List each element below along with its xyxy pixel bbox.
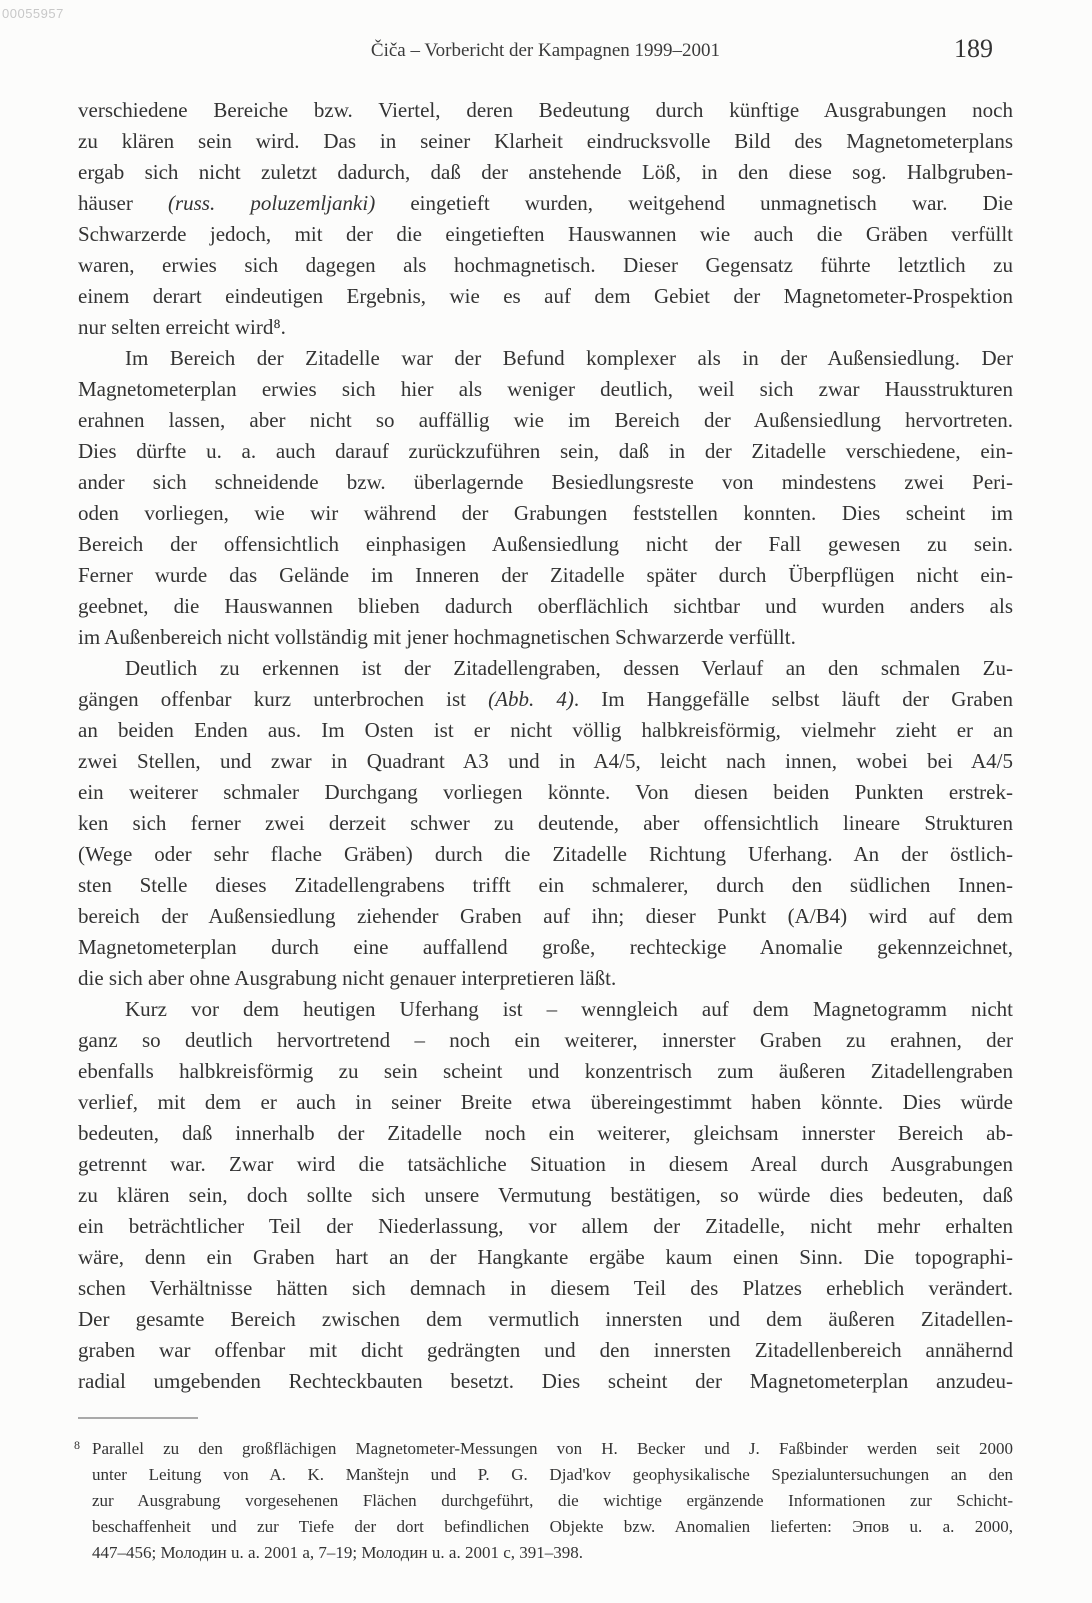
- plain-text: Deutlich zu erkennen ist der Zitadelleng…: [125, 656, 1013, 680]
- plain-text: ebenfalls halbkreisförmig zu sein schein…: [78, 1059, 1013, 1083]
- footnote-marker: 8: [74, 1432, 80, 1458]
- running-title: Čiča – Vorbericht der Kampagnen 1999–200…: [78, 40, 1013, 62]
- text-line: Bereich der offensichtlich einphasigen A…: [78, 529, 1013, 560]
- text-line: wäre, denn ein Graben hart an der Hangka…: [78, 1242, 1013, 1273]
- page-header: Čiča – Vorbericht der Kampagnen 1999–200…: [78, 40, 1013, 74]
- text-line: oden vorliegen, wie wir während der Grab…: [78, 498, 1013, 529]
- plain-text: zu klären sein wird. Das in seiner Klarh…: [78, 129, 1013, 153]
- plain-text: Im Bereich der Zitadelle war der Befund …: [125, 346, 1013, 370]
- text-line: ebenfalls halbkreisförmig zu sein schein…: [78, 1056, 1013, 1087]
- plain-text: ergab sich nicht zuletzt dadurch, daß de…: [78, 160, 1013, 184]
- text-line: ein weiterer schmaler Durchgang vorliege…: [78, 777, 1013, 808]
- text-line: 447–456; Молодин u. a. 2001 a, 7–19; Мол…: [92, 1540, 1013, 1566]
- text-line: im Außenbereich nicht vollständig mit je…: [78, 622, 1013, 653]
- plain-text: radial umgebenden Rechteckbauten besetzt…: [78, 1369, 1013, 1393]
- plain-text: im Außenbereich nicht vollständig mit je…: [78, 625, 796, 649]
- text-line: einem derart eindeutigen Ergebnis, wie e…: [78, 281, 1013, 312]
- plain-text: Magnetometerplan durch eine auffallend g…: [78, 935, 1013, 959]
- plain-text: zwei Stellen, und zwar in Quadrant A3 un…: [78, 749, 1013, 773]
- text-line: bereich der Außensiedlung ziehender Grab…: [78, 901, 1013, 932]
- plain-text: ganz so deutlich hervortretend – noch ei…: [78, 1028, 1013, 1052]
- text-line: geebnet, die Hauswannen blieben dadurch …: [78, 591, 1013, 622]
- plain-text: 447–456; Молодин u. a. 2001 a, 7–19; Мол…: [92, 1543, 583, 1562]
- plain-text: Der gesamte Bereich zwischen dem vermutl…: [78, 1307, 1013, 1331]
- body-text: verschiedene Bereiche bzw. Viertel, dere…: [78, 95, 1013, 1397]
- text-line: zu klären sein, doch sollte sich unsere …: [78, 1180, 1013, 1211]
- italic-text: (Abb. 4): [488, 687, 574, 711]
- paragraph: Im Bereich der Zitadelle war der Befund …: [78, 343, 1013, 653]
- text-line: Schwarzerde jedoch, mit der die eingetie…: [78, 219, 1013, 250]
- plain-text: nur selten erreicht wird⁸.: [78, 315, 286, 339]
- footnote-separator: [78, 1417, 198, 1419]
- text-line: ken sich ferner zwei derzeit schwer zu d…: [78, 808, 1013, 839]
- plain-text: verlief, mit dem er auch in seiner Breit…: [78, 1090, 1013, 1114]
- text-line: schen Verhältnisse hätten sich demnach i…: [78, 1273, 1013, 1304]
- text-line: Magnetometerplan durch eine auffallend g…: [78, 932, 1013, 963]
- text-line: ergab sich nicht zuletzt dadurch, daß de…: [78, 157, 1013, 188]
- text-line: zu klären sein wird. Das in seiner Klarh…: [78, 126, 1013, 157]
- plain-text: graben war offenbar mit dicht gedrängten…: [78, 1338, 1013, 1362]
- text-line: bedeuten, daß innerhalb der Zitadelle no…: [78, 1118, 1013, 1149]
- plain-text: getrennt war. Zwar wird die tatsächliche…: [78, 1152, 1013, 1176]
- plain-text: ein weiterer schmaler Durchgang vorliege…: [78, 780, 1013, 804]
- text-line: zwei Stellen, und zwar in Quadrant A3 un…: [78, 746, 1013, 777]
- text-line: ein beträchtlicher Teil der Niederlassun…: [78, 1211, 1013, 1242]
- text-line: waren, erwies sich dagegen als hochmagne…: [78, 250, 1013, 281]
- italic-text: (russ. poluzemljanki): [168, 191, 375, 215]
- text-line: Magnetometerplan erwies sich hier als we…: [78, 374, 1013, 405]
- text-line: Ferner wurde das Gelände im Inneren der …: [78, 560, 1013, 591]
- paragraph: Kurz vor dem heutigen Uferhang ist – wen…: [78, 994, 1013, 1397]
- text-line: ander sich schneidende bzw. überlagernde…: [78, 467, 1013, 498]
- plain-text: beschaffenheit und zur Tiefe der dort be…: [92, 1517, 1013, 1536]
- plain-text: (Wege oder sehr flache Gräben) durch die…: [78, 842, 1013, 866]
- plain-text: erahnen lassen, aber nicht so auffällig …: [78, 408, 1013, 432]
- plain-text: zur Ausgrabung vorgesehenen Flächen durc…: [92, 1491, 1013, 1510]
- plain-text: . Im Hanggefälle selbst läuft der Graben: [574, 687, 1013, 711]
- plain-text: waren, erwies sich dagegen als hochmagne…: [78, 253, 1013, 277]
- plain-text: zu klären sein, doch sollte sich unsere …: [78, 1183, 1013, 1207]
- text-line: ganz so deutlich hervortretend – noch ei…: [78, 1025, 1013, 1056]
- paragraph: Deutlich zu erkennen ist der Zitadelleng…: [78, 653, 1013, 994]
- text-line: sten Stelle dieses Zitadellengrabens tri…: [78, 870, 1013, 901]
- plain-text: Magnetometerplan erwies sich hier als we…: [78, 377, 1013, 401]
- plain-text: ein beträchtlicher Teil der Niederlassun…: [78, 1214, 1013, 1238]
- text-line: Im Bereich der Zitadelle war der Befund …: [78, 343, 1013, 374]
- plain-text: die sich aber ohne Ausgrabung nicht gena…: [78, 966, 616, 990]
- text-line: beschaffenheit und zur Tiefe der dort be…: [92, 1514, 1013, 1540]
- text-line: Kurz vor dem heutigen Uferhang ist – wen…: [78, 994, 1013, 1025]
- text-line: gängen offenbar kurz unterbrochen ist (A…: [78, 684, 1013, 715]
- text-line: graben war offenbar mit dicht gedrängten…: [78, 1335, 1013, 1366]
- text-line: getrennt war. Zwar wird die tatsächliche…: [78, 1149, 1013, 1180]
- plain-text: unter Leitung von A. K. Manštejn und P. …: [92, 1465, 1013, 1484]
- plain-text: wäre, denn ein Graben hart an der Hangka…: [78, 1245, 1013, 1269]
- scan-stamp-number: 00055957: [2, 6, 64, 21]
- text-line: nur selten erreicht wird⁸.: [78, 312, 1013, 343]
- text-line: zur Ausgrabung vorgesehenen Flächen durc…: [92, 1488, 1013, 1514]
- plain-text: an beiden Enden aus. Im Osten ist er nic…: [78, 718, 1013, 742]
- plain-text: geebnet, die Hauswannen blieben dadurch …: [78, 594, 1013, 618]
- text-line: an beiden Enden aus. Im Osten ist er nic…: [78, 715, 1013, 746]
- footnote: 8 Parallel zu den großflächigen Magnetom…: [92, 1436, 1013, 1566]
- footnote-lines: Parallel zu den großflächigen Magnetomet…: [92, 1436, 1013, 1566]
- plain-text: einem derart eindeutigen Ergebnis, wie e…: [78, 284, 1013, 308]
- plain-text: bedeuten, daß innerhalb der Zitadelle no…: [78, 1121, 1013, 1145]
- text-line: radial umgebenden Rechteckbauten besetzt…: [78, 1366, 1013, 1397]
- plain-text: gängen offenbar kurz unterbrochen ist: [78, 687, 488, 711]
- text-line: verlief, mit dem er auch in seiner Breit…: [78, 1087, 1013, 1118]
- plain-text: verschiedene Bereiche bzw. Viertel, dere…: [78, 98, 1013, 122]
- plain-text: Kurz vor dem heutigen Uferhang ist – wen…: [125, 997, 1013, 1021]
- text-line: (Wege oder sehr flache Gräben) durch die…: [78, 839, 1013, 870]
- page-number: 189: [954, 34, 993, 64]
- plain-text: sten Stelle dieses Zitadellengrabens tri…: [78, 873, 1013, 897]
- plain-text: ken sich ferner zwei derzeit schwer zu d…: [78, 811, 1013, 835]
- text-line: unter Leitung von A. K. Manštejn und P. …: [92, 1462, 1013, 1488]
- text-line: erahnen lassen, aber nicht so auffällig …: [78, 405, 1013, 436]
- plain-text: eingetieft wurden, weitgehend unmagnetis…: [375, 191, 1013, 215]
- plain-text: Parallel zu den großflächigen Magnetomet…: [92, 1439, 1013, 1458]
- plain-text: bereich der Außensiedlung ziehender Grab…: [78, 904, 1013, 928]
- plain-text: oden vorliegen, wie wir während der Grab…: [78, 501, 1013, 525]
- text-line: Dies dürfte u. a. auch darauf zurückzufü…: [78, 436, 1013, 467]
- plain-text: häuser: [78, 191, 168, 215]
- text-line: verschiedene Bereiche bzw. Viertel, dere…: [78, 95, 1013, 126]
- text-line: Parallel zu den großflächigen Magnetomet…: [92, 1436, 1013, 1462]
- plain-text: Schwarzerde jedoch, mit der die eingetie…: [78, 222, 1013, 246]
- text-line: die sich aber ohne Ausgrabung nicht gena…: [78, 963, 1013, 994]
- scanned-page: 00055957 Čiča – Vorbericht der Kampagnen…: [0, 0, 1092, 1603]
- plain-text: Bereich der offensichtlich einphasigen A…: [78, 532, 1013, 556]
- text-line: Der gesamte Bereich zwischen dem vermutl…: [78, 1304, 1013, 1335]
- plain-text: ander sich schneidende bzw. überlagernde…: [78, 470, 1013, 494]
- text-line: Deutlich zu erkennen ist der Zitadelleng…: [78, 653, 1013, 684]
- text-line: häuser (russ. poluzemljanki) eingetieft …: [78, 188, 1013, 219]
- plain-text: Dies dürfte u. a. auch darauf zurückzufü…: [78, 439, 1013, 463]
- paragraph: verschiedene Bereiche bzw. Viertel, dere…: [78, 95, 1013, 343]
- plain-text: schen Verhältnisse hätten sich demnach i…: [78, 1276, 1013, 1300]
- plain-text: Ferner wurde das Gelände im Inneren der …: [78, 563, 1013, 587]
